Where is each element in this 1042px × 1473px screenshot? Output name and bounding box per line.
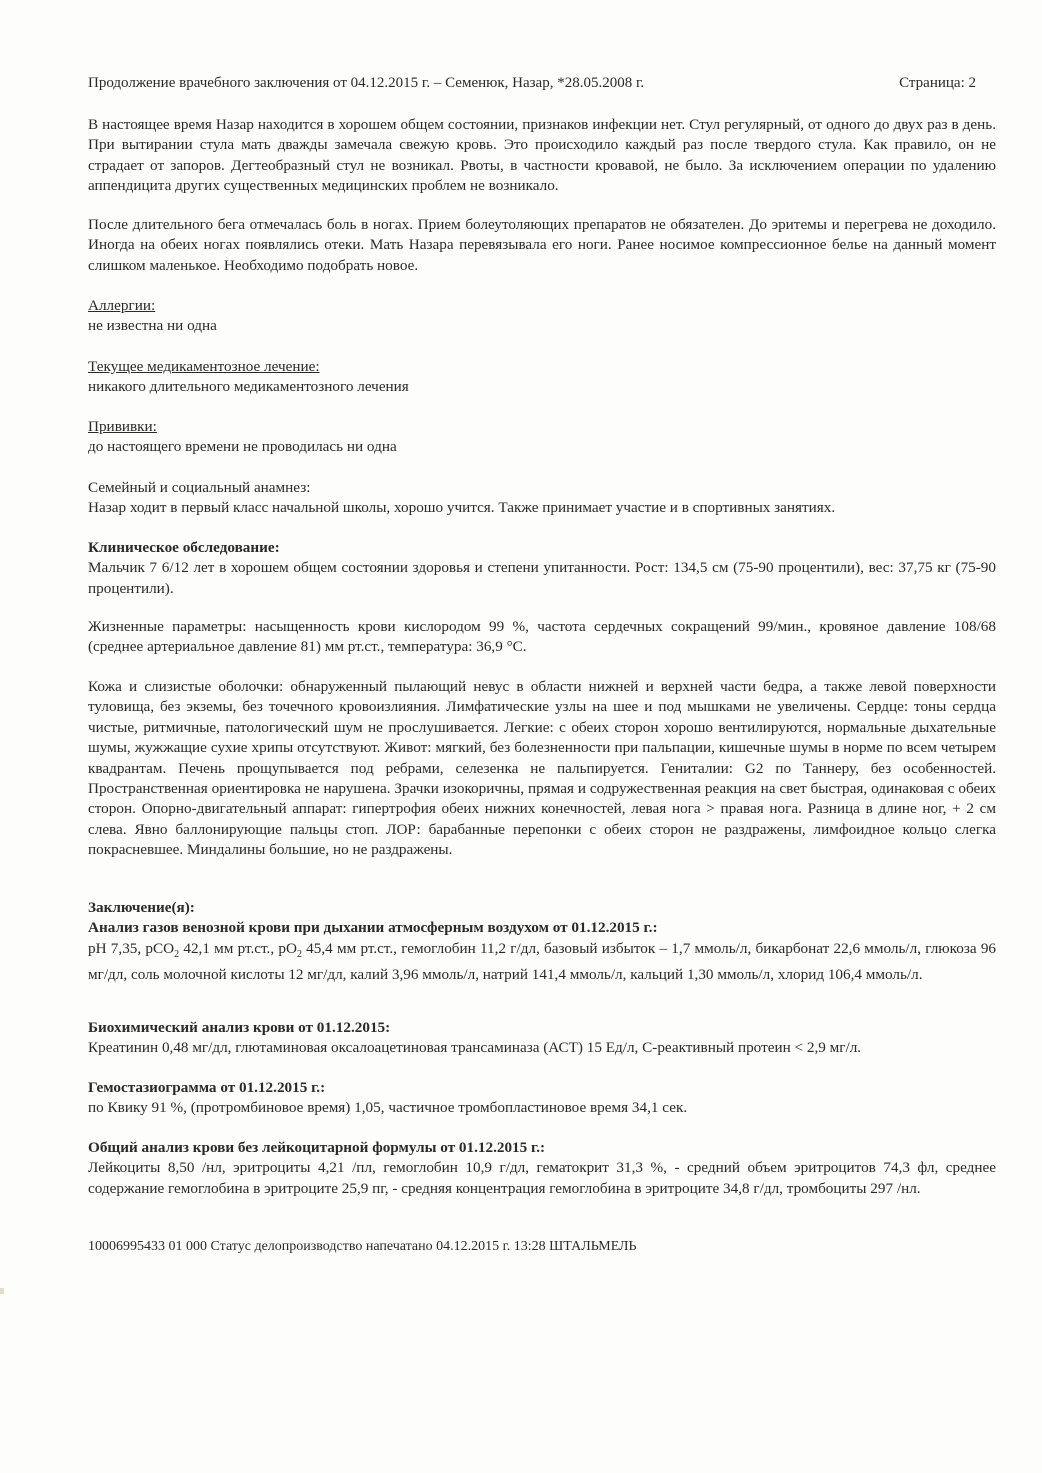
hemostasis-text: по Квику 91 %, (протромбиновое время) 1,… bbox=[88, 1098, 996, 1118]
family-text: Назар ходит в первый класс начальной шко… bbox=[88, 498, 996, 518]
document-page: Продолжение врачебного заключения от 04.… bbox=[0, 0, 1042, 1473]
clinical-title: Клиническое обследование: bbox=[88, 538, 996, 558]
clinical-exam: Кожа и слизистые оболочки: обнаруженный … bbox=[88, 677, 996, 861]
section-biochem: Биохимический анализ крови от 01.12.2015… bbox=[88, 1018, 996, 1059]
cbc-title: Общий анализ крови без лейкоцитарной фор… bbox=[88, 1138, 996, 1158]
medication-label: Текущее медикаментозное лечение: bbox=[88, 357, 996, 377]
clinical-general: Мальчик 7 6/12 лет в хорошем общем состо… bbox=[88, 558, 996, 599]
vaccinations-label: Прививки: bbox=[88, 417, 996, 437]
print-status-footer: 10006995433 01 000 Статус делопроизводст… bbox=[88, 1239, 637, 1255]
page-header: Продолжение врачебного заключения от 04.… bbox=[88, 75, 976, 92]
blood-gas-title: Анализ газов венозной крови при дыхании … bbox=[88, 918, 996, 938]
scan-artifact bbox=[0, 1288, 4, 1294]
section-clinical: Клиническое обследование: Мальчик 7 6/12… bbox=[88, 538, 996, 599]
section-conclusions: Заключение(я): Анализ газов венозной кро… bbox=[88, 898, 996, 986]
paragraph-current-state: В настоящее время Назар находится в хоро… bbox=[88, 115, 996, 197]
medication-text: никакого длительного медикаментозного ле… bbox=[88, 377, 996, 397]
section-allergies: Аллергии: не известна ни одна bbox=[88, 296, 996, 337]
section-cbc: Общий анализ крови без лейкоцитарной фор… bbox=[88, 1138, 996, 1199]
family-label: Семейный и социальный анамнез: bbox=[88, 478, 996, 498]
vaccinations-text: до настоящего времени не проводилась ни … bbox=[88, 437, 996, 457]
biochem-title: Биохимический анализ крови от 01.12.2015… bbox=[88, 1018, 996, 1038]
allergies-text: не известна ни одна bbox=[88, 316, 996, 336]
page-number: Страница: 2 bbox=[899, 75, 976, 92]
paragraph-leg-pain: После длительного бега отмечалась боль в… bbox=[88, 215, 996, 276]
blood-gas-text: pH 7,35, pCO2 42,1 мм рт.ст., pO2 45,4 м… bbox=[88, 939, 996, 986]
header-title: Продолжение врачебного заключения от 04.… bbox=[88, 75, 644, 92]
conclusions-title: Заключение(я): bbox=[88, 898, 996, 918]
cbc-text: Лейкоциты 8,50 /нл, эритроциты 4,21 /пл,… bbox=[88, 1158, 996, 1199]
clinical-vitals: Жизненные параметры: насыщенность крови … bbox=[88, 617, 996, 658]
biochem-text: Креатинин 0,48 мг/дл, глютаминовая оксал… bbox=[88, 1038, 996, 1058]
allergies-label: Аллергии: bbox=[88, 296, 996, 316]
section-medication: Текущее медикаментозное лечение: никаког… bbox=[88, 357, 996, 398]
section-hemostasis: Гемостазиограмма от 01.12.2015 г.: по Кв… bbox=[88, 1078, 996, 1119]
section-family: Семейный и социальный анамнез: Назар ход… bbox=[88, 478, 996, 519]
hemostasis-title: Гемостазиограмма от 01.12.2015 г.: bbox=[88, 1078, 996, 1098]
section-vaccinations: Прививки: до настоящего времени не прово… bbox=[88, 417, 996, 458]
